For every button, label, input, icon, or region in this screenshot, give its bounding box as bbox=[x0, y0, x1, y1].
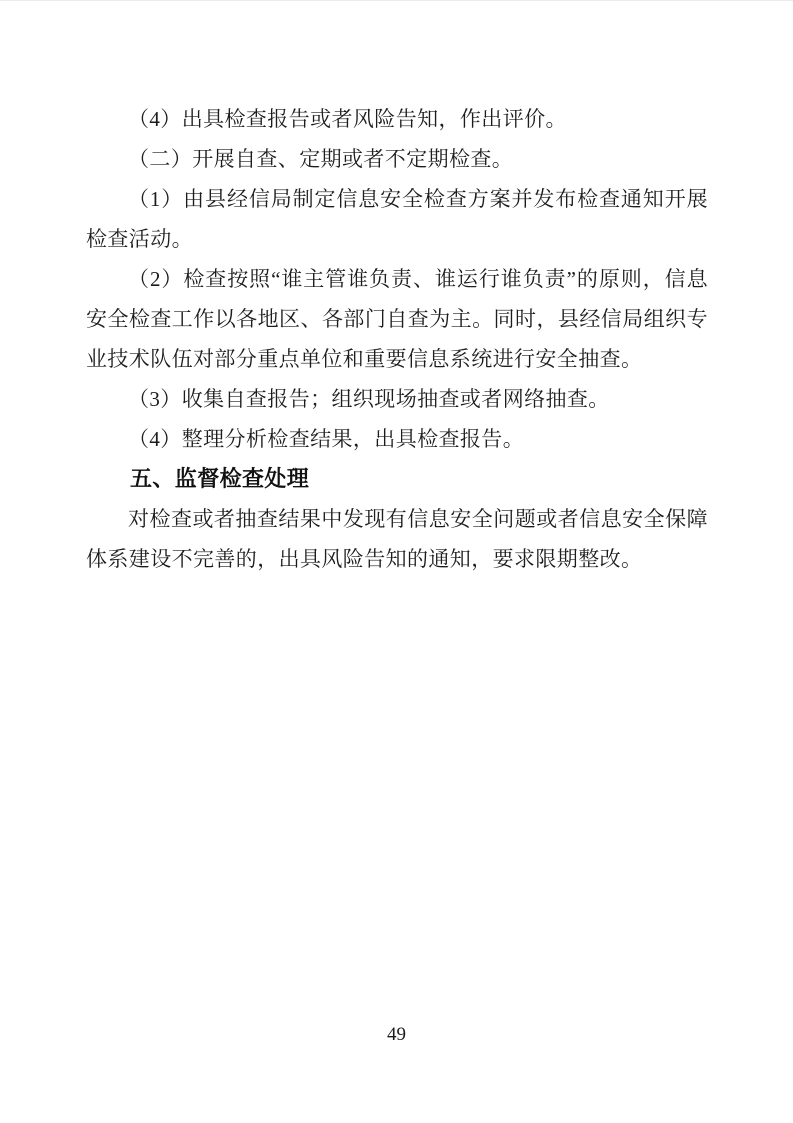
section-heading-supervision: 五、监督检查处理 bbox=[86, 459, 708, 499]
document-body: （4）出具检查报告或者风险告知，作出评价。 （二）开展自查、定期或者不定期检查。… bbox=[86, 99, 708, 579]
paragraph-check-plan-notice: （1）由县经信局制定信息安全检查方案并发布检查通知开展检查活动。 bbox=[86, 179, 708, 259]
paragraph-issue-report-evaluate: （4）出具检查报告或者风险告知，作出评价。 bbox=[86, 99, 708, 139]
paragraph-self-periodic-checks: （二）开展自查、定期或者不定期检查。 bbox=[86, 139, 708, 179]
paragraph-check-principle: （2）检查按照“谁主管谁负责、谁运行谁负责”的原则，信息安全检查工作以各地区、各… bbox=[86, 259, 708, 379]
paragraph-analyze-results: （4）整理分析检查结果，出具检查报告。 bbox=[86, 419, 708, 459]
document-page: （4）出具检查报告或者风险告知，作出评价。 （二）开展自查、定期或者不定期检查。… bbox=[0, 0, 793, 1123]
paragraph-collect-reports: （3）收集自查报告；组织现场抽查或者网络抽查。 bbox=[86, 379, 708, 419]
page-number: 49 bbox=[0, 1023, 793, 1047]
paragraph-risk-notice-rectify: 对检查或者抽查结果中发现有信息安全问题或者信息安全保障体系建设不完善的，出具风险… bbox=[86, 499, 708, 579]
